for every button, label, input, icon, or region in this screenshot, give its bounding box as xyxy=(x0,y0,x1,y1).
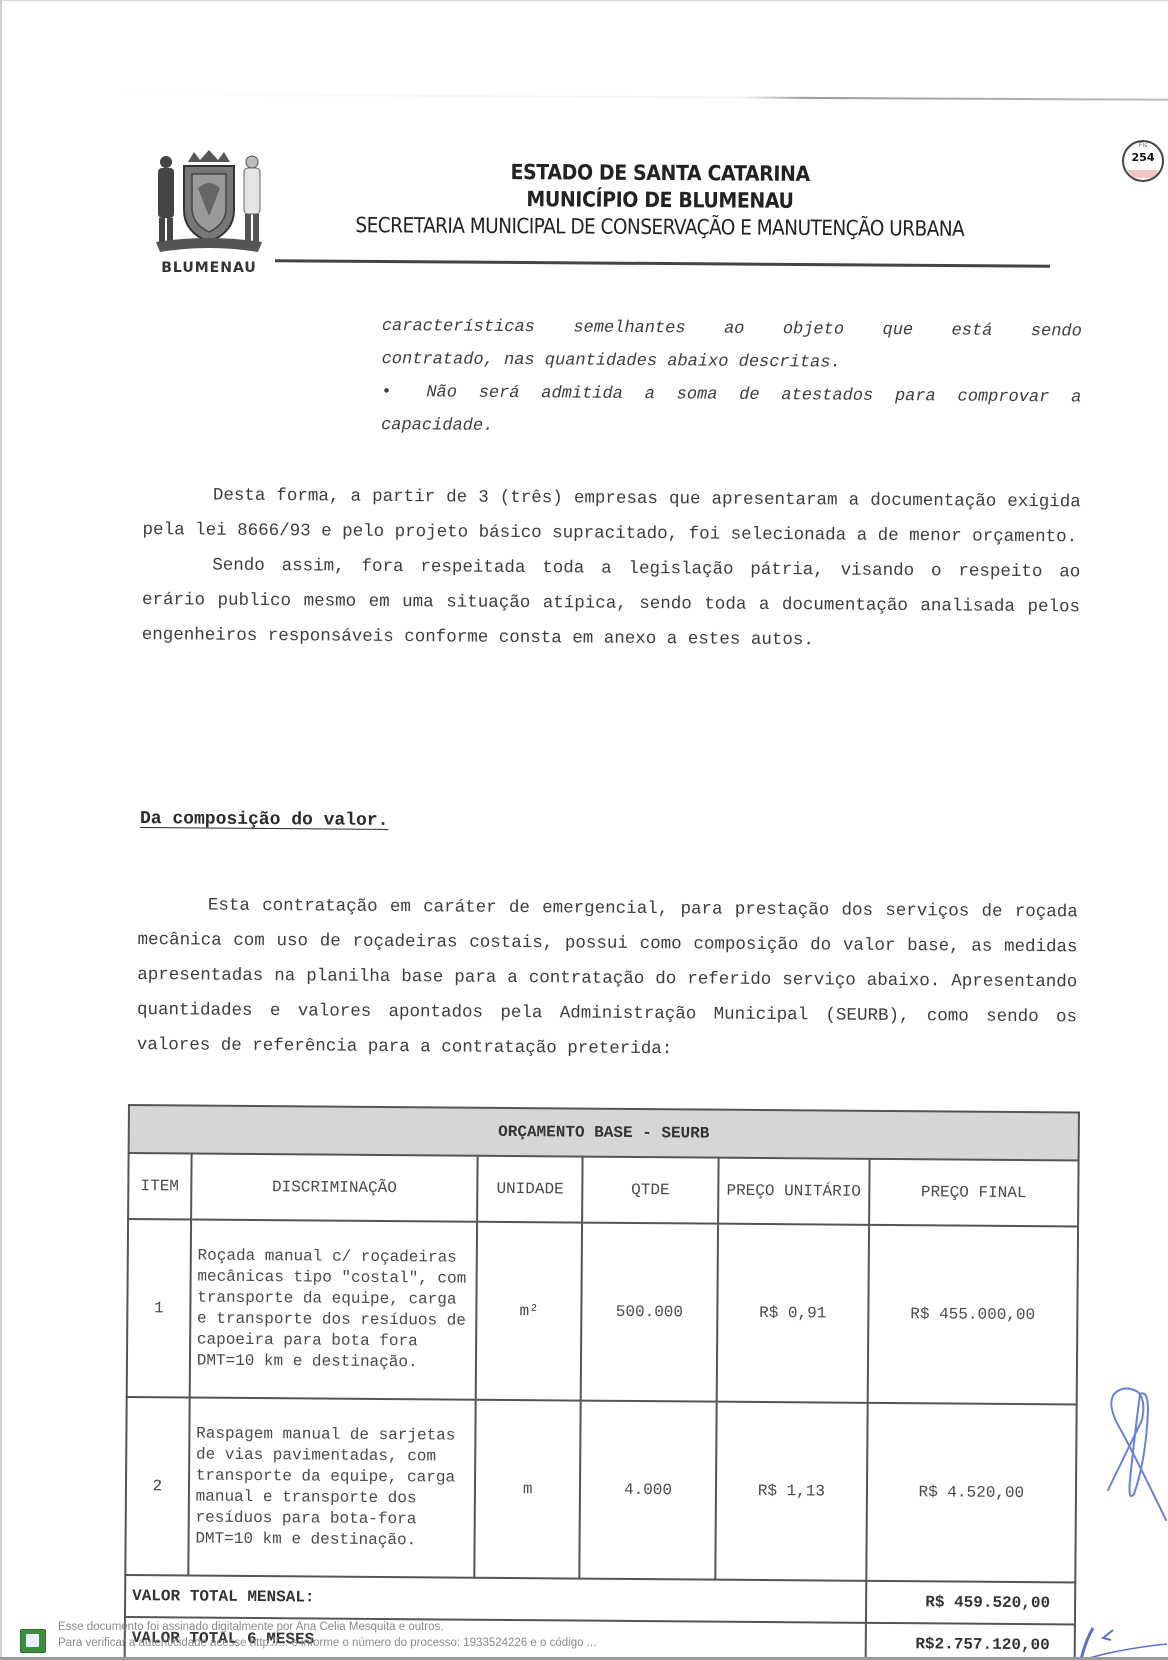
footer-verification-link[interactable]: Para verificar a autenticidade acesse ht… xyxy=(58,1635,596,1651)
page-number-stamp: Fls 254 xyxy=(1122,140,1164,182)
digital-signature-footer: Esse documento foi assinado digitalmente… xyxy=(0,1617,1168,1660)
intro-line-1: características semelhantes ao objeto qu… xyxy=(382,310,1082,348)
intro-bullet-text: Não será admitida a soma de atestados pa… xyxy=(426,383,1081,407)
table-title: ORÇAMENTO BASE - SEURB xyxy=(129,1105,1079,1160)
row-final-price: R$ 455.000,00 xyxy=(867,1225,1078,1405)
paragraph-1: Desta forma, a partir de 3 (três) empres… xyxy=(142,478,1081,555)
col-item: ITEM xyxy=(128,1153,191,1219)
row-qty: 500.000 xyxy=(581,1223,718,1402)
budget-table: ORÇAMENTO BASE - SEURB ITEM DISCRIMINAÇÃ… xyxy=(124,1104,1080,1660)
paragraph-2: Sendo assim, fora respeitada toda a legi… xyxy=(142,548,1081,660)
blumenau-crest-logo: BLUMENAU xyxy=(148,148,270,276)
budget-table-container: ORÇAMENTO BASE - SEURB ITEM DISCRIMINAÇÃ… xyxy=(124,1104,1080,1660)
intro-line-4: capacidade. xyxy=(381,409,1081,447)
paragraph-3: Esta contratação em caráter de emergenci… xyxy=(137,888,1078,1070)
intro-bullet: Não será admitida a soma de atestados pa… xyxy=(381,376,1081,414)
document-verification-icon xyxy=(20,1629,46,1653)
row-unit-price: R$ 1,13 xyxy=(715,1402,867,1581)
stamp-seal-mark xyxy=(1128,170,1158,178)
coat-of-arms-icon xyxy=(148,148,270,256)
handwritten-signature xyxy=(1080,1370,1168,1570)
paragraph-composition: Esta contratação em caráter de emergenci… xyxy=(137,888,1078,1070)
row-unit: m² xyxy=(476,1222,582,1401)
col-final-price: PREÇO FINAL xyxy=(869,1159,1079,1227)
col-unit-price: PREÇO UNITÁRIO xyxy=(718,1158,869,1225)
page-left-edge xyxy=(0,0,2,1660)
letterhead-state: ESTADO DE SANTA CATARINA xyxy=(318,158,1002,189)
letterhead-secretariat: SECRETARIA MUNICIPAL DE CONSERVAÇÃO E MA… xyxy=(325,212,994,243)
page-number: 254 xyxy=(1124,151,1162,164)
total-monthly-label: VALOR TOTAL MENSAL: xyxy=(125,1575,866,1623)
letterhead-rule xyxy=(275,259,1050,267)
intro-line-2: contratado, nas quantidades abaixo descr… xyxy=(381,343,1081,381)
crest-caption: BLUMENAU xyxy=(148,260,270,276)
row-unit-price: R$ 0,91 xyxy=(717,1224,869,1403)
footer-line-1: Esse documento foi assinado digitalmente… xyxy=(58,1619,596,1635)
scan-edge-line xyxy=(100,93,1168,101)
col-description: DISCRIMINAÇÃO xyxy=(191,1153,478,1221)
row-description: Roçada manual c/ roçadeiras mecânicas ti… xyxy=(189,1219,477,1399)
intro-block: características semelhantes ao objeto qu… xyxy=(381,310,1082,447)
bullet-icon xyxy=(381,383,426,402)
table-row: 2 Raspagem manual de sarjetas de vias pa… xyxy=(125,1397,1076,1582)
paragraph-selection: Desta forma, a partir de 3 (três) empres… xyxy=(142,478,1081,660)
page-stamp-label: Fls xyxy=(1124,142,1162,149)
col-qty: QTDE xyxy=(582,1157,719,1224)
row-description: Raspagem manual de sarjetas de vias pavi… xyxy=(188,1397,476,1577)
row-item: 1 xyxy=(127,1219,191,1397)
table-header-row: ITEM DISCRIMINAÇÃO UNIDADE QTDE PREÇO UN… xyxy=(128,1153,1078,1226)
section-heading: Da composição do valor. xyxy=(140,809,389,831)
row-qty: 4.000 xyxy=(579,1401,716,1580)
col-unit: UNIDADE xyxy=(478,1156,583,1223)
row-unit: m xyxy=(475,1400,581,1579)
page-top-edge xyxy=(0,0,1168,1)
letterhead: ESTADO DE SANTA CATARINA MUNICÍPIO DE BL… xyxy=(280,158,1040,244)
table-row: 1 Roçada manual c/ roçadeiras mecânicas … xyxy=(127,1219,1078,1404)
footer-text: Esse documento foi assinado digitalmente… xyxy=(58,1619,596,1651)
letterhead-municipality: MUNICÍPIO DE BLUMENAU xyxy=(318,185,1002,216)
row-final-price: R$ 4.520,00 xyxy=(866,1403,1077,1583)
row-item: 2 xyxy=(125,1397,189,1575)
